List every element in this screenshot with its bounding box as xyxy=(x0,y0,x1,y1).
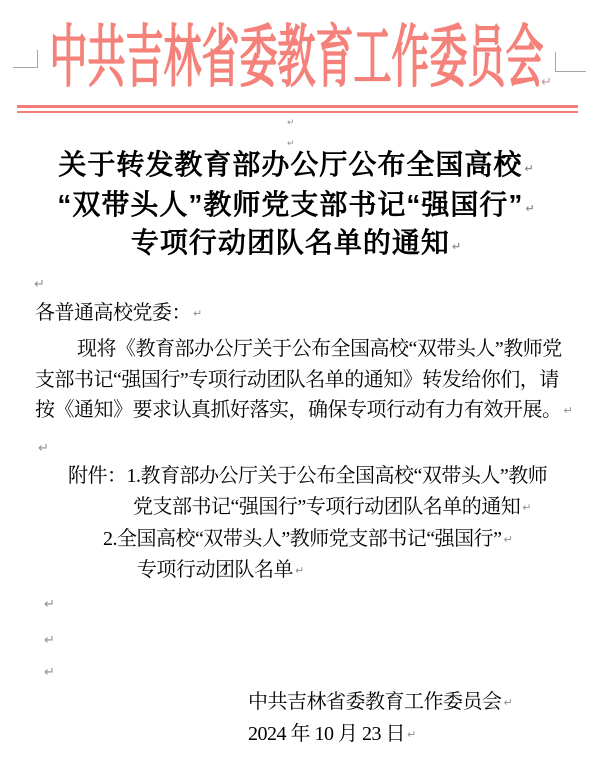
attachment-text: 专项行动团队名单 xyxy=(137,559,293,581)
letterhead-org-name: 中共吉林省委教育工作委员会 xyxy=(0,23,593,95)
attachment-text: 2.全国高校“双带头人”教师党支部书记“强国行” xyxy=(103,528,502,550)
paragraph-mark: ↵ xyxy=(44,666,55,679)
salutation-line: 各普通高校党委：↵ xyxy=(35,301,202,326)
paragraph-mark: ↵ xyxy=(193,302,202,326)
title-text: “双带头人”教师党支部书记“强国行” xyxy=(57,189,523,220)
paragraph-mark: ↵ xyxy=(504,691,513,715)
body-paragraph-line-3: 按《通知》要求认真抓好落实，确保专项行动有力有效开展。↵ xyxy=(35,398,572,423)
attachment-line-4: 专项行动团队名单↵ xyxy=(137,558,304,583)
paragraph-mark: ↵ xyxy=(541,76,552,89)
signature-org-text: 中共吉林省委教育工作委员会 xyxy=(248,691,502,713)
title-line-3: 专项行动团队名单的通知↵ xyxy=(0,226,593,264)
attachment-text: 党支部书记“强国行”专项行动团队名单的通知 xyxy=(133,496,520,518)
paragraph-mark: ↵ xyxy=(295,559,304,583)
signature-date: 2024 年 10 月 23 日↵ xyxy=(248,722,416,747)
paragraph-mark: ↵ xyxy=(44,598,55,611)
paragraph-mark: ↵ xyxy=(522,496,531,520)
attachment-line-3: 2.全国高校“双带头人”教师党支部书记“强国行”↵ xyxy=(103,527,512,552)
paragraph-mark: ↵ xyxy=(44,634,55,647)
title-line-2: “双带头人”教师党支部书记“强国行”↵ xyxy=(0,188,593,226)
paragraph-mark: ↵ xyxy=(407,723,416,747)
paragraph-mark: ↵ xyxy=(564,399,573,423)
body-paragraph-text: 按《通知》要求认真抓好落实，确保专项行动有力有效开展。 xyxy=(35,399,562,421)
paragraph-mark: ↵ xyxy=(504,528,513,552)
body-paragraph-line-2: 支部书记“强国行”专项行动团队名单的通知》转发给你们，请 xyxy=(35,368,559,392)
paragraph-mark: ↵ xyxy=(287,119,295,128)
title-line-1: 关于转发教育部办公厅公布全国高校↵ xyxy=(0,148,593,186)
title-text: 关于转发教育部办公厅公布全国高校 xyxy=(58,149,522,180)
attachment-line-1: 附件：1.教育部办公厅关于公布全国高校“双带头人”教师 xyxy=(68,464,547,488)
signature-date-text: 2024 年 10 月 23 日 xyxy=(248,723,405,745)
document-page: 中共吉林省委教育工作委员会 ↵ ↵ ↵ 关于转发教育部办公厅公布全国高校↵ “双… xyxy=(0,0,593,772)
salutation-text: 各普通高校党委： xyxy=(35,302,191,324)
letterhead-rule-thin xyxy=(17,111,578,113)
letterhead-rule-thick xyxy=(17,105,578,108)
paragraph-mark: ↵ xyxy=(34,278,45,291)
paragraph-mark: ↵ xyxy=(525,192,535,226)
attachment-line-2: 党支部书记“强国行”专项行动团队名单的通知↵ xyxy=(133,495,531,520)
title-text: 专项行动团队名单的通知 xyxy=(131,227,450,258)
paragraph-mark: ↵ xyxy=(38,442,49,455)
body-paragraph-line-1: 现将《教育部办公厅关于公布全国高校“双带头人”教师党 xyxy=(77,337,562,361)
paragraph-mark: ↵ xyxy=(452,230,462,264)
signature-org: 中共吉林省委教育工作委员会↵ xyxy=(248,690,512,715)
paragraph-mark: ↵ xyxy=(524,152,534,186)
